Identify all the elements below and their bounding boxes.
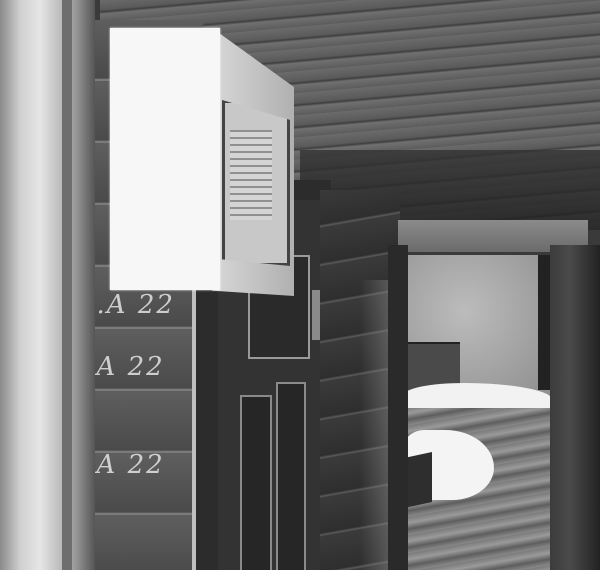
posted-notice [230,130,272,220]
debris [404,452,432,508]
doorway-jamb-right [550,245,600,570]
white-wall-cabinet [110,28,220,290]
door-panel [276,382,306,570]
door-panel [240,395,272,570]
post-edge [62,0,72,570]
doorway-jamb-left [388,245,408,570]
door-hinge [312,290,320,340]
photograph: 8.A 22 8A 22 8A 22 [0,0,600,570]
left-wooden-post [0,0,95,570]
